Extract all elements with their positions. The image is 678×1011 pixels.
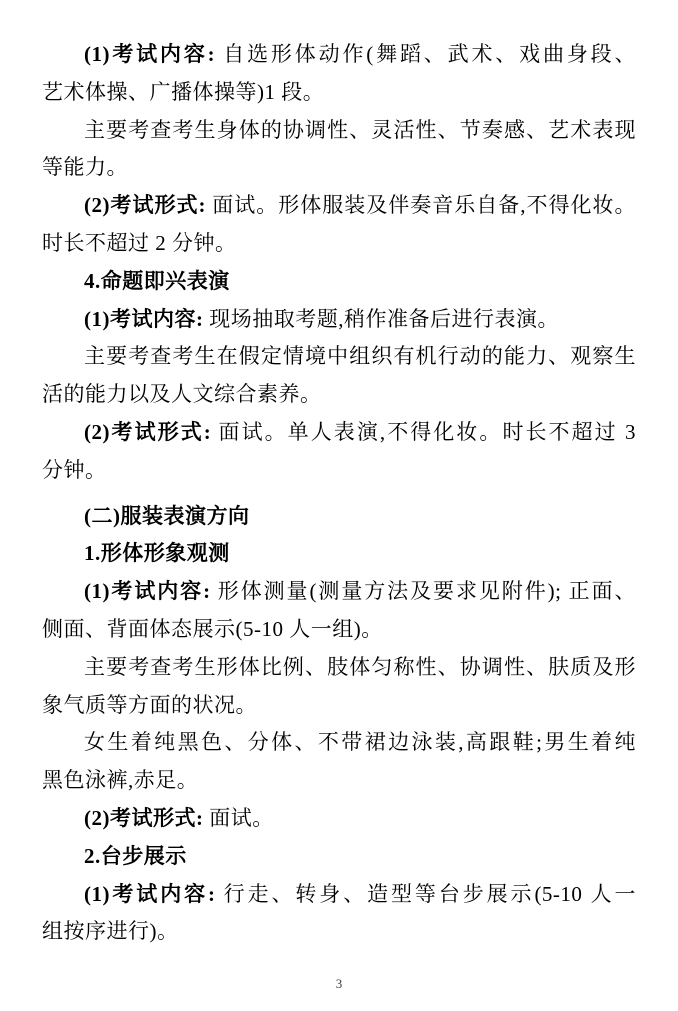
text-run: 主要考查考生在假定情境中组织有机行动的能力、观察生 bbox=[84, 344, 636, 368]
text-line: 分钟。 bbox=[42, 452, 636, 490]
para-improv-exam-content: (1)考试内容: 现场抽取考题,稍作准备后进行表演。 bbox=[42, 301, 636, 339]
para-improv-exam-form-3min: (2)考试形式: 面试。单人表演,不得化妆。时长不超过 3分钟。 bbox=[42, 414, 636, 490]
text-line: 侧面、背面体态展示(5-10 人一组)。 bbox=[42, 611, 636, 649]
para-exam-purpose-coordination: 主要考查考生身体的协调性、灵活性、节奏感、艺术表现等能力。 bbox=[42, 112, 636, 188]
heading-1-body-image-observation: 1.形体形象观测 bbox=[42, 535, 636, 573]
para-body-measurement-purpose: 主要考查考生形体比例、肢体匀称性、协调性、肤质及形象气质等方面的状况。 bbox=[42, 649, 636, 725]
bold-text-run: 1.形体形象观测 bbox=[84, 541, 230, 565]
text-run: 主要考查考生形体比例、肢体匀称性、协调性、肤质及形 bbox=[84, 655, 636, 679]
para-exam-content-body-movement: (1)考试内容: 自选形体动作(舞蹈、武术、戏曲身段、艺术体操、广播体操等)1 … bbox=[42, 36, 636, 112]
text-run: 时长不超过 2 分钟。 bbox=[42, 231, 237, 255]
text-run: 组按序进行)。 bbox=[42, 919, 179, 943]
bold-text-run: (2)考试形式: bbox=[84, 420, 211, 444]
heading-line: 2.台步展示 bbox=[42, 838, 636, 876]
text-line: 活的能力以及人文综合素养。 bbox=[42, 376, 636, 414]
text-run: 行走、转身、造型等台步展示(5-10 人一 bbox=[216, 882, 636, 906]
text-line: (1)考试内容: 行走、转身、造型等台步展示(5-10 人一 bbox=[42, 876, 636, 914]
text-line: 女生着纯黑色、分体、不带裙边泳装,高跟鞋;男生着纯 bbox=[42, 724, 636, 762]
text-run: 黑色泳裤,赤足。 bbox=[42, 768, 198, 792]
text-line: (2)考试形式: 面试。单人表演,不得化妆。时长不超过 3 bbox=[42, 414, 636, 452]
para-body-measurement-content: (1)考试内容: 形体测量(测量方法及要求见附件); 正面、侧面、背面体态展示(… bbox=[42, 573, 636, 649]
text-line: 时长不超过 2 分钟。 bbox=[42, 225, 636, 263]
text-run: 主要考查考生身体的协调性、灵活性、节奏感、艺术表现 bbox=[84, 118, 636, 142]
heading-line: 4.命题即兴表演 bbox=[42, 263, 636, 301]
text-line: 组按序进行)。 bbox=[42, 913, 636, 951]
bold-text-run: 2.台步展示 bbox=[84, 844, 187, 868]
text-line: 黑色泳裤,赤足。 bbox=[42, 762, 636, 800]
bold-text-run: (二)服装表演方向 bbox=[84, 504, 250, 528]
bold-text-run: (2)考试形式: bbox=[84, 193, 206, 217]
text-line: (1)考试内容: 自选形体动作(舞蹈、武术、戏曲身段、 bbox=[42, 36, 636, 74]
page-number: 3 bbox=[336, 976, 343, 991]
text-run: 现场抽取考题,稍作准备后进行表演。 bbox=[203, 307, 559, 331]
document-page: (1)考试内容: 自选形体动作(舞蹈、武术、戏曲身段、艺术体操、广播体操等)1 … bbox=[0, 0, 678, 1011]
text-line: (1)考试内容: 形体测量(测量方法及要求见附件); 正面、 bbox=[42, 573, 636, 611]
heading-line: (二)服装表演方向 bbox=[42, 498, 636, 536]
text-run: 活的能力以及人文综合素养。 bbox=[42, 382, 322, 406]
text-run: 自选形体动作(舞蹈、武术、戏曲身段、 bbox=[215, 42, 636, 66]
text-run: 象气质等方面的状况。 bbox=[42, 693, 257, 717]
text-line: 主要考查考生身体的协调性、灵活性、节奏感、艺术表现 bbox=[42, 112, 636, 150]
para-dress-requirements: 女生着纯黑色、分体、不带裙边泳装,高跟鞋;男生着纯黑色泳裤,赤足。 bbox=[42, 724, 636, 800]
para-catwalk-exam-content: (1)考试内容: 行走、转身、造型等台步展示(5-10 人一组按序进行)。 bbox=[42, 876, 636, 952]
text-run: 面试。 bbox=[203, 806, 273, 830]
text-run: 等能力。 bbox=[42, 155, 128, 179]
text-run: 面试。单人表演,不得化妆。时长不超过 3 bbox=[211, 420, 636, 444]
text-line: 主要考查考生形体比例、肢体匀称性、协调性、肤质及形 bbox=[42, 649, 636, 687]
text-line: 等能力。 bbox=[42, 149, 636, 187]
text-line: (1)考试内容: 现场抽取考题,稍作准备后进行表演。 bbox=[42, 301, 636, 339]
document-body: (1)考试内容: 自选形体动作(舞蹈、武术、戏曲身段、艺术体操、广播体操等)1 … bbox=[42, 36, 636, 951]
para-improv-exam-purpose: 主要考查考生在假定情境中组织有机行动的能力、观察生活的能力以及人文综合素养。 bbox=[42, 338, 636, 414]
text-run: 形体测量(测量方法及要求见附件); 正面、 bbox=[211, 579, 636, 603]
bold-text-run: (1)考试内容: bbox=[84, 882, 216, 906]
text-run: 面试。形体服装及伴奏音乐自备,不得化妆。 bbox=[206, 193, 636, 217]
bold-text-run: (1)考试内容: bbox=[84, 307, 203, 331]
heading-4-improvised-performance: 4.命题即兴表演 bbox=[42, 263, 636, 301]
para-body-measurement-form: (2)考试形式: 面试。 bbox=[42, 800, 636, 838]
text-run: 艺术体操、广播体操等)1 段。 bbox=[42, 80, 324, 104]
text-line: (2)考试形式: 面试。 bbox=[42, 800, 636, 838]
text-line: 主要考查考生在假定情境中组织有机行动的能力、观察生 bbox=[42, 338, 636, 376]
page-footer: 3 bbox=[0, 975, 678, 993]
bold-text-run: (2)考试形式: bbox=[84, 806, 203, 830]
heading-2-catwalk-display: 2.台步展示 bbox=[42, 838, 636, 876]
heading-section-2-fashion-performance: (二)服装表演方向 bbox=[42, 498, 636, 536]
bold-text-run: (1)考试内容: bbox=[84, 579, 211, 603]
para-exam-form-interview-2min: (2)考试形式: 面试。形体服装及伴奏音乐自备,不得化妆。时长不超过 2 分钟。 bbox=[42, 187, 636, 263]
bold-text-run: 4.命题即兴表演 bbox=[84, 269, 230, 293]
text-line: (2)考试形式: 面试。形体服装及伴奏音乐自备,不得化妆。 bbox=[42, 187, 636, 225]
heading-line: 1.形体形象观测 bbox=[42, 535, 636, 573]
text-line: 艺术体操、广播体操等)1 段。 bbox=[42, 74, 636, 112]
bold-text-run: (1)考试内容: bbox=[84, 42, 215, 66]
text-run: 女生着纯黑色、分体、不带裙边泳装,高跟鞋;男生着纯 bbox=[84, 730, 636, 754]
text-run: 侧面、背面体态展示(5-10 人一组)。 bbox=[42, 617, 383, 641]
text-run: 分钟。 bbox=[42, 458, 107, 482]
text-line: 象气质等方面的状况。 bbox=[42, 687, 636, 725]
